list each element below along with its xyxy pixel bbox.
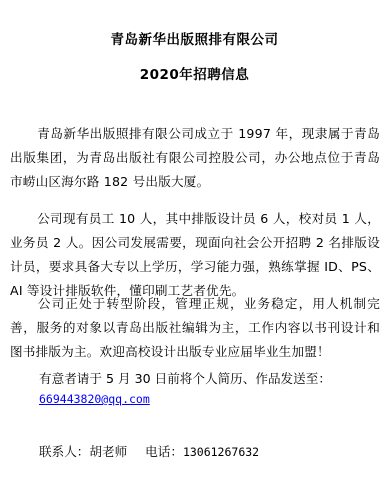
phone-number: 13061267632 [183, 445, 259, 459]
contact-line: 联系人：胡老师电话：13061267632 [39, 441, 259, 460]
company-status-paragraph: 公司正处于转型阶段，管理正规，业务稳定，用人机制完善，服务的对象以青岛出版社编辑… [10, 292, 380, 364]
staff-paragraph: 公司现有员工 10 人，其中排版设计员 6 人，校对员 1 人，业务员 2 人。… [10, 207, 380, 303]
company-title: 青岛新华出版照排有限公司 [0, 28, 389, 48]
intro-text: 青岛新华出版照排有限公司成立于 1997 年，现隶属于青岛出版集团，为青岛出版社… [10, 126, 380, 189]
recruitment-title: 2020年招聘信息 [0, 63, 389, 83]
email-link[interactable]: 669443820@qq.com [39, 392, 150, 406]
intro-paragraph: 青岛新华出版照排有限公司成立于 1997 年，现隶属于青岛出版集团，为青岛出版社… [10, 122, 380, 194]
company-status-text: 公司正处于转型阶段，管理正规，业务稳定，用人机制完善，服务的对象以青岛出版社编辑… [10, 296, 380, 359]
apply-instructions: 有意者请于 5 月 30 日前将个人简历、作品发送至： [39, 368, 331, 387]
contact-person: 联系人：胡老师 [39, 444, 127, 459]
phone-label: 电话： [145, 444, 183, 459]
staff-text: 公司现有员工 10 人，其中排版设计员 6 人，校对员 1 人，业务员 2 人。… [10, 211, 380, 298]
